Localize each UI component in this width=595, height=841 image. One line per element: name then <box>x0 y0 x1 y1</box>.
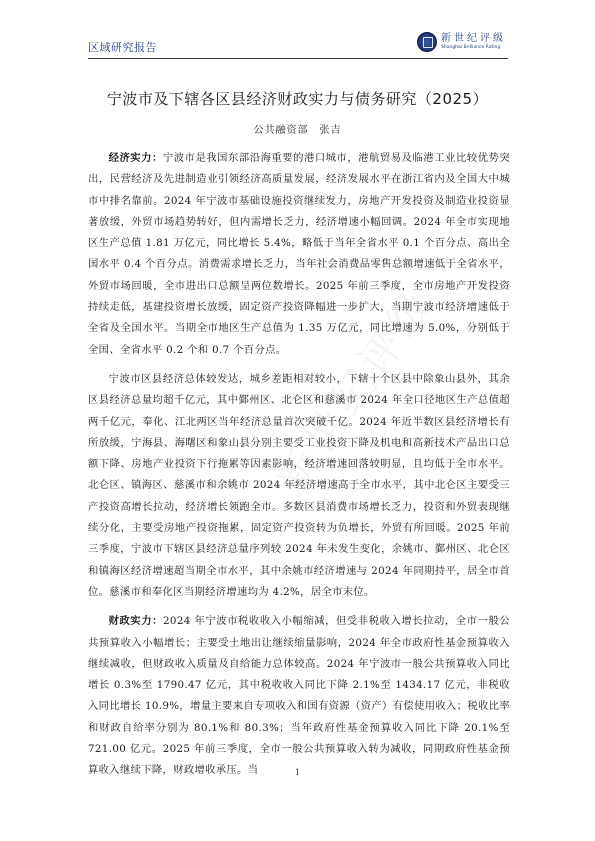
page-number: 1 <box>0 768 595 777</box>
section-title: 区域研究报告 <box>88 39 157 55</box>
document-title: 宁波市及下辖各区县经济财政实力与债务研究（2025） <box>0 88 595 109</box>
paragraph-lead: 财政实力： <box>109 615 163 627</box>
brilliance-emblem-icon <box>417 32 437 52</box>
paragraph-text: 宁波市是我国东部沿海重要的港口城市，港航贸易及临港工业比较优势突出，民营经济及先… <box>88 152 510 356</box>
paragraph-text: 2024 年宁波市税收收入小幅缩减，但受非税收入增长拉动，全市一般公共预算收入小… <box>88 615 510 776</box>
paragraph-district-economy: 宁波市区县经济总体较发达，城乡差距相对较小，下辖十个区县中除象山县外，其余区县经… <box>88 369 510 603</box>
logo-text: 新世纪评级 Shanghai Brilliance Rating <box>441 34 506 51</box>
page-header: 区域研究报告 新世纪评级 Shanghai Brilliance Rating <box>88 30 508 59</box>
logo-chinese-name: 新世纪评级 <box>441 34 506 44</box>
paragraph-text: 宁波市区县经济总体较发达，城乡差距相对较小，下辖十个区县中除象山县外，其余区县经… <box>88 373 510 598</box>
paragraph-fiscal-strength: 财政实力：2024 年宁波市税收收入小幅缩减，但受非税收入增长拉动，全市一般公共… <box>88 611 510 781</box>
paragraph-lead: 经济实力： <box>109 152 163 164</box>
logo-english-name: Shanghai Brilliance Rating <box>441 46 506 51</box>
document-body: 经济实力：宁波市是我国东部沿海重要的港口城市，港航贸易及临港工业比较优势突出，民… <box>88 148 510 790</box>
company-logo: 新世纪评级 Shanghai Brilliance Rating <box>417 32 506 52</box>
paragraph-economic-strength: 经济实力：宁波市是我国东部沿海重要的港口城市，港航贸易及临港工业比较优势突出，民… <box>88 148 510 361</box>
document-author: 公共融资部 张吉 <box>0 121 595 136</box>
